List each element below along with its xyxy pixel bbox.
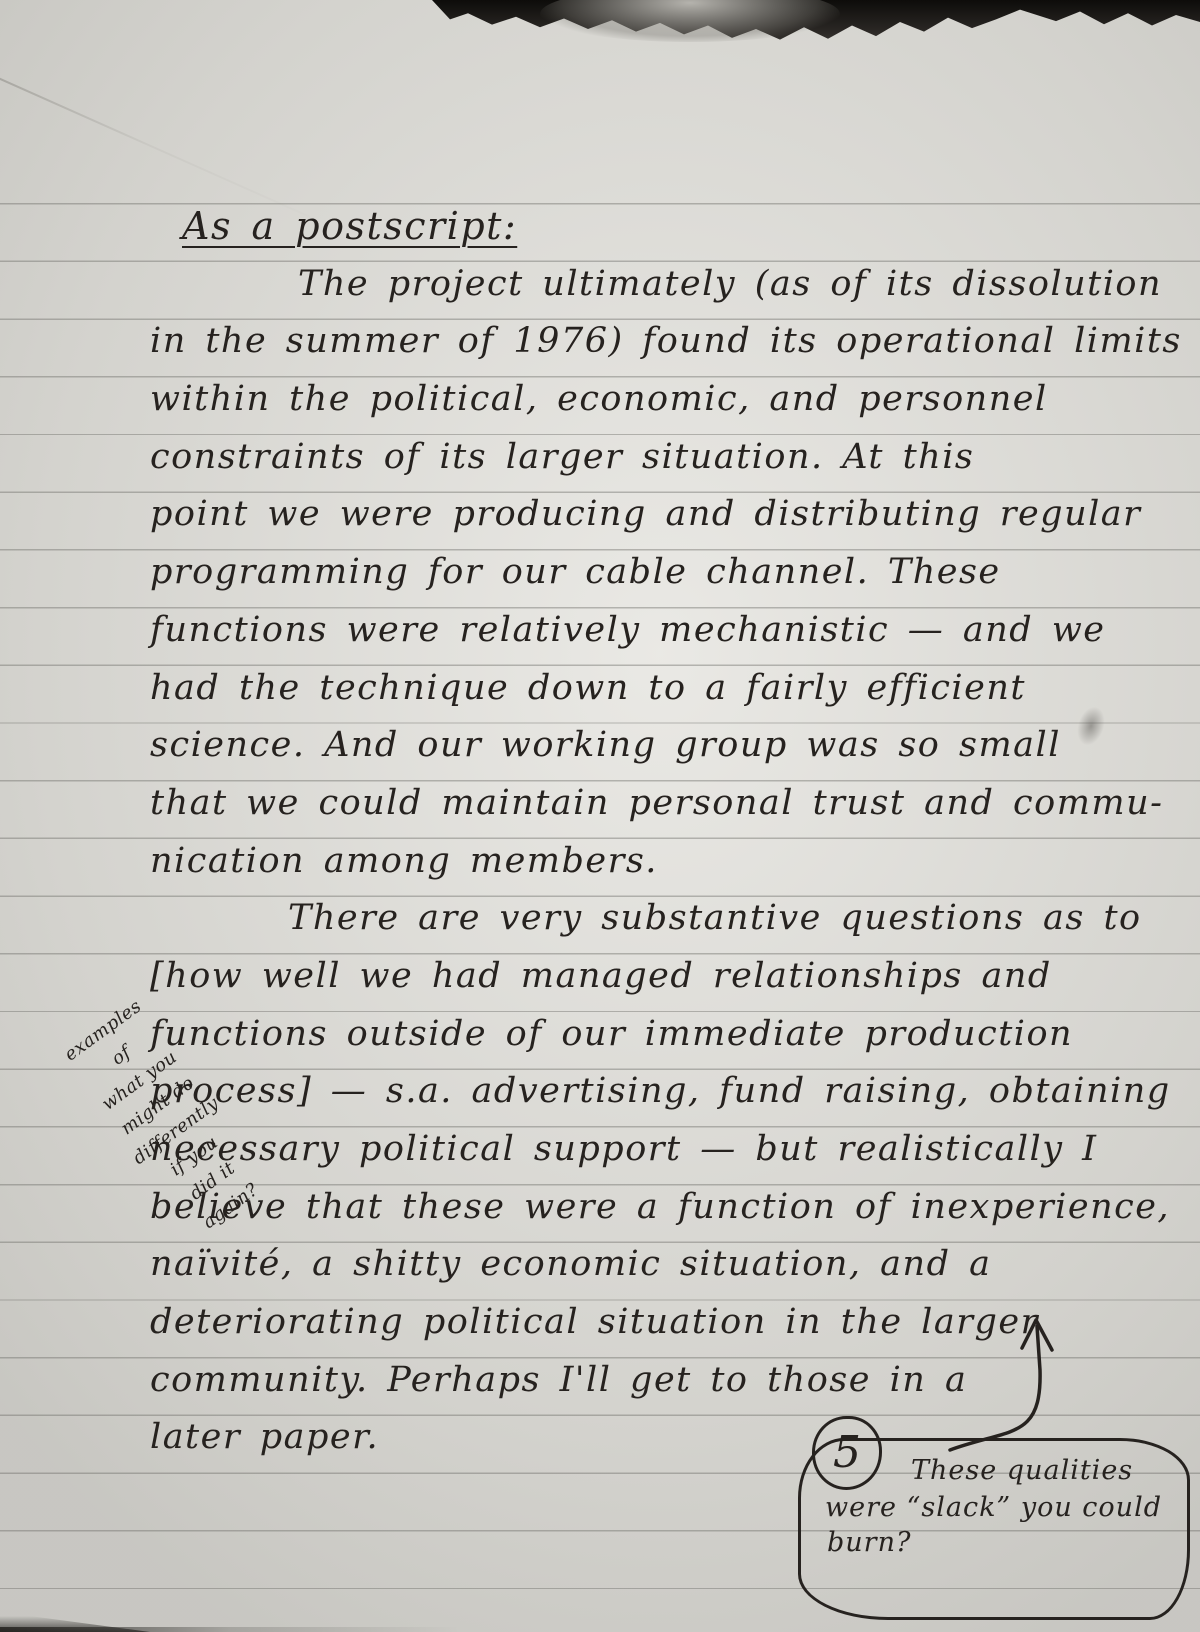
handwritten-line: point we were producing and distributing… xyxy=(150,486,1160,544)
handwritten-line: science. And our working group was so sm… xyxy=(150,717,1160,775)
handwritten-body: As a postscript: The project ultimately … xyxy=(150,198,1160,1467)
handwritten-line: process] — s.a. advertising, fund raisin… xyxy=(150,1063,1160,1121)
torn-paper-glare xyxy=(540,0,840,42)
handwritten-line: that we could maintain personal trust an… xyxy=(150,775,1160,833)
handwritten-line: nication among members. xyxy=(150,833,1160,891)
handwritten-line: in the summer of 1976) found its operati… xyxy=(150,313,1160,371)
annotation-line: These qualities xyxy=(911,1455,1187,1486)
annotation-line: were “slack” you could xyxy=(825,1492,1187,1523)
scanned-notebook-page: As a postscript: The project ultimately … xyxy=(0,0,1200,1632)
handwritten-line: The project ultimately (as of its dissol… xyxy=(150,256,1160,314)
handwritten-line: within the political, economic, and pers… xyxy=(150,371,1160,429)
handwritten-line: functions were relatively mechanistic — … xyxy=(150,602,1160,660)
annotation-number-circle: 5 xyxy=(812,1416,882,1490)
handwritten-line: constraints of its larger situation. At … xyxy=(150,429,1160,487)
handwritten-line: functions outside of our immediate produ… xyxy=(150,1006,1160,1064)
handwritten-line: [how well we had managed relationships a… xyxy=(150,948,1160,1006)
handwritten-line: naïvité, a shitty economic situation, an… xyxy=(150,1236,1160,1294)
bottom-scan-line xyxy=(0,1627,460,1632)
annotation-line: burn? xyxy=(827,1527,1187,1558)
postscript-heading: As a postscript: xyxy=(150,198,1160,256)
handwritten-line: had the technique down to a fairly effic… xyxy=(150,660,1160,718)
handwritten-line: programming for our cable channel. These xyxy=(150,544,1160,602)
handwritten-line: There are very substantive questions as … xyxy=(150,890,1160,948)
handwritten-line: believe that these were a function of in… xyxy=(150,1179,1160,1237)
